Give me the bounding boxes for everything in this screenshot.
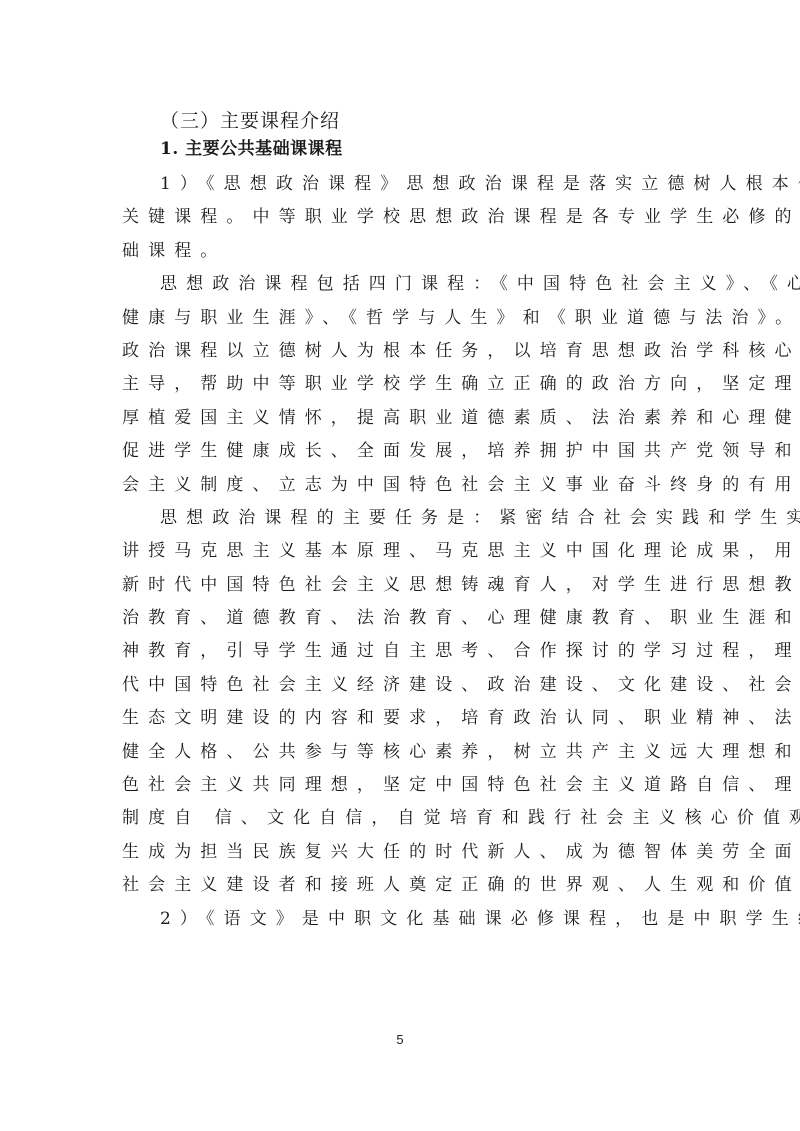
text-line: 制度自 信、文化自信，自觉培育和践行社会主义核心价值观，为学 <box>122 802 702 835</box>
text-line: 新时代中国特色社会主义思想铸魂育人，对学生进行思想教育、政 <box>122 569 702 602</box>
text-line: 础课程。 <box>122 235 702 268</box>
paragraph-first-line: 思想政治课程的主要任务是：紧密结合社会实践和学生实际， <box>122 502 702 535</box>
text-line: 健康与职业生涯》、《哲学与人生》和《职业道德与法治》。思想 <box>122 302 702 335</box>
text-line: 促进学生健康成长、全面发展，培养拥护中国共产党领导和我国社 <box>122 435 702 468</box>
text-line: 厚植爱国主义情怀，提高职业道德素质、法治素养和心理健康水平， <box>122 402 702 435</box>
body-text: 1）《思想政治课程》思想政治课程是落实立德树人根本任务的关键课程。中等职业学校思… <box>122 168 702 936</box>
text-line: 政治课程以立德树人为根本任务，以培育思想政治学科核心素养为 <box>122 335 702 368</box>
paragraph-first-line: 2）《语文》是中职文化基础课必修课程，也是中职学生继续学 <box>122 903 702 936</box>
text-line: 社会主义建设者和接班人奠定正确的世界观、人生观和价值观基础。 <box>122 869 702 902</box>
text-line: 会主义制度、立志为中国特色社会主义事业奋斗终身的有用人才。 <box>122 469 702 502</box>
document-page: （三）主要课程介绍 1. 主要公共基础课课程 1）《思想政治课程》思想政治课程是… <box>0 0 800 1131</box>
page-number: 5 <box>0 1032 800 1047</box>
text-line: 神教育，引导学生通过自主思考、合作探讨的学习过程，理解新时 <box>122 635 702 668</box>
text-line: 关键课程。中等职业学校思想政治课程是各专业学生必修的公共基 <box>122 201 702 234</box>
text-line: 主导，帮助中等职业学校学生确立正确的政治方向，坚定理想信念， <box>122 368 702 401</box>
subsection-heading: 1. 主要公共基础课课程 <box>160 134 343 159</box>
text-line: 治教育、道德教育、法治教育、心理健康教育、职业生涯和职业精 <box>122 602 702 635</box>
text-line: 健全人格、公共参与等核心素养，树立共产主义远大理想和中国特 <box>122 736 702 769</box>
text-line: 色社会主义共同理想，坚定中国特色社会主义道路自信、理论自信、 <box>122 769 702 802</box>
text-line: 讲授马克思主义基本原理、马克思主义中国化理论成果，用习近平 <box>122 535 702 568</box>
text-line: 代中国特色社会主义经济建设、政治建设、文化建设、社会建设、 <box>122 669 702 702</box>
section-heading: （三）主要课程介绍 <box>160 106 340 133</box>
paragraph-first-line: 思想政治课程包括四门课程：《中国特色社会主义》、《心理 <box>122 268 702 301</box>
text-line: 生态文明建设的内容和要求，培育政治认同、职业精神、法治意识、 <box>122 702 702 735</box>
text-line: 生成为担当民族复兴大任的时代新人、成为德智体美劳全面发展的 <box>122 836 702 869</box>
paragraph-first-line: 1）《思想政治课程》思想政治课程是落实立德树人根本任务的 <box>122 168 702 201</box>
